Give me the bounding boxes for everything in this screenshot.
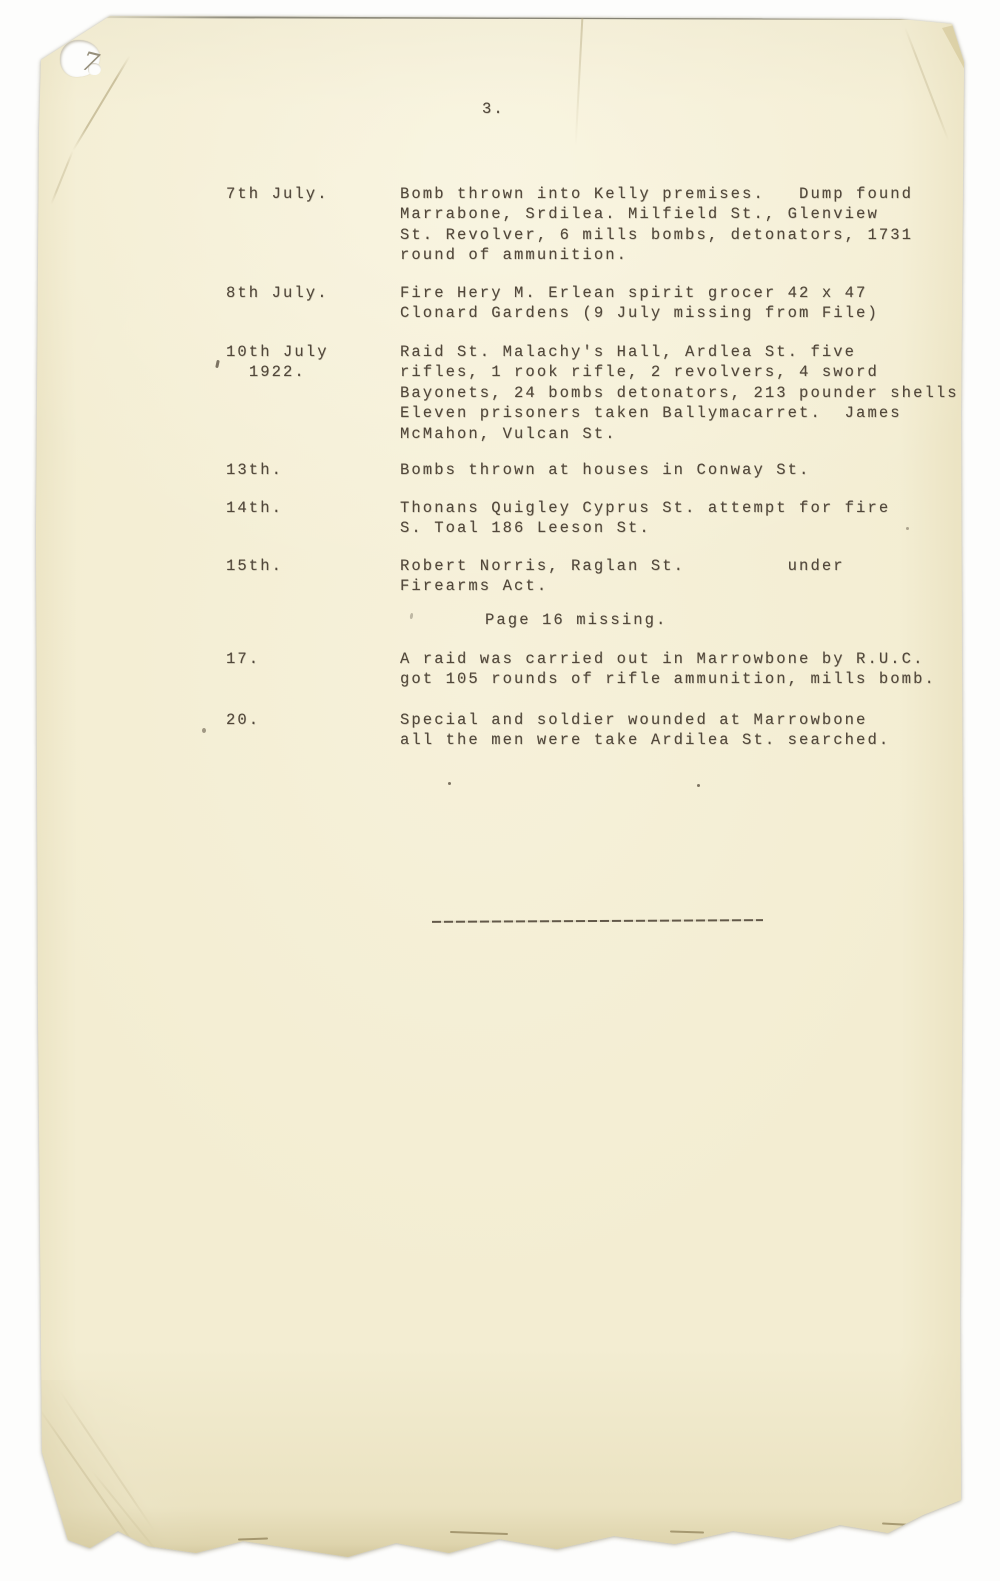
ink-speck [906, 527, 909, 530]
paper-top-edge [102, 16, 954, 20]
paper-sheet: 7 3. 7th July. Bomb thrown into Kelly pr… [30, 12, 966, 1564]
entry-date: 15th. [226, 556, 283, 576]
page-number: 3. [482, 99, 505, 119]
ink-speck [409, 613, 413, 619]
entry-text: Fire Hery M. Erlean spirit grocer 42 x 4… [400, 283, 978, 324]
entry-date: 7th July. [226, 184, 329, 204]
entry-text: Bomb thrown into Kelly premises. Dump fo… [400, 184, 978, 266]
ink-speck [448, 782, 451, 785]
entry-date: 8th July. [226, 283, 329, 303]
entry-text: A raid was carried out in Marrowbone by … [400, 649, 978, 690]
entry-text: Raid St. Malachy's Hall, Ardlea St. five… [400, 342, 978, 444]
typed-divider-line [432, 919, 763, 923]
entry-date: 20. [226, 710, 260, 730]
torn-edge-shading [30, 1507, 966, 1564]
ink-speck [697, 784, 700, 787]
corner-tear [942, 22, 966, 72]
entry-text: Special and soldier wounded at Marrowbon… [400, 710, 978, 751]
entry-text: Bombs thrown at houses in Conway St. [400, 460, 978, 480]
crease-line [51, 150, 74, 204]
crease-line [904, 27, 949, 141]
scanned-document: 7 3. 7th July. Bomb thrown into Kelly pr… [0, 0, 1000, 1581]
entry-text: Thonans Quigley Cyprus St. attempt for f… [400, 498, 978, 539]
ink-speck [215, 360, 220, 368]
entry-text: Robert Norris, Raglan St. under Firearms… [400, 556, 978, 597]
entry-date: 13th. [226, 460, 283, 480]
entry-date: 17. [226, 649, 260, 669]
crease-line [575, 18, 583, 146]
paper-shadow-wrap: 7 3. 7th July. Bomb thrown into Kelly pr… [0, 0, 1000, 1581]
missing-page-note: Page 16 missing. [485, 610, 667, 630]
entry-date: 10th July 1922. [226, 342, 329, 383]
entry-date: 14th. [226, 498, 283, 518]
ink-speck [202, 728, 206, 733]
